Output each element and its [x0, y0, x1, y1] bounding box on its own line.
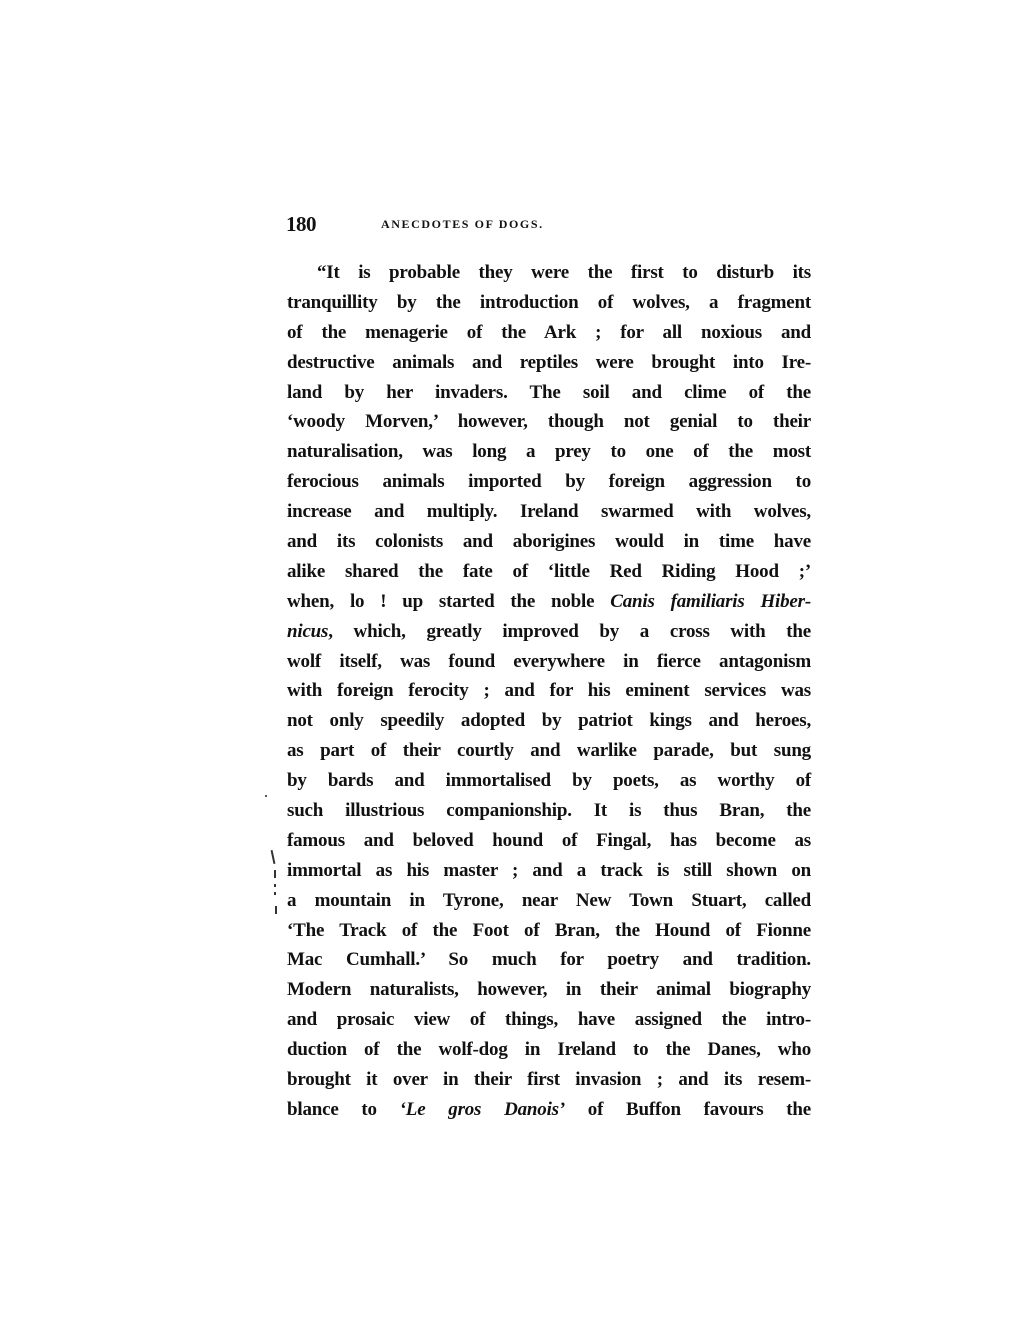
margin-mark: [275, 906, 277, 914]
body-text: “It is probable they were the first to d…: [287, 258, 811, 1125]
italic-species-name: Canis familiaris Hiber-: [610, 591, 811, 612]
italic-title: ‘Le gros Danois’: [400, 1099, 565, 1120]
margin-mark: [274, 870, 276, 878]
text-line: blance to ‘Le gros Danois’ of Buffon fav…: [287, 1095, 811, 1125]
text-line: tranquillity by the introduction of wolv…: [287, 288, 811, 318]
text-segment: of Buffon favours the: [565, 1099, 811, 1120]
text-line: “It is probable they were the first to d…: [287, 258, 811, 288]
text-line: wolf itself, was found everywhere in fie…: [287, 647, 811, 677]
text-line: nicus, which, greatly improved by a cros…: [287, 617, 811, 647]
page-number: 180: [286, 212, 316, 237]
margin-mark: [271, 850, 276, 864]
text-line: destructive animals and reptiles were br…: [287, 348, 811, 378]
text-line: land by her invaders. The soil and clime…: [287, 378, 811, 408]
margin-mark: [274, 892, 276, 895]
text-line: when, lo ! up started the noble Canis fa…: [287, 587, 811, 617]
margin-speck: [265, 795, 267, 797]
text-line: and its colonists and aborigines would i…: [287, 527, 811, 557]
text-line: as part of their courtly and warlike par…: [287, 736, 811, 766]
text-line: famous and beloved hound of Fingal, has …: [287, 826, 811, 856]
text-line: and prosaic view of things, have assigne…: [287, 1005, 811, 1035]
book-page: 180 ANECDOTES OF DOGS. “It is probable t…: [0, 0, 1033, 1339]
margin-mark: [274, 884, 276, 887]
italic-species-name-cont: nicus: [287, 621, 328, 642]
text-line: naturalisation, was long a prey to one o…: [287, 437, 811, 467]
text-segment: when, lo ! up started the noble: [287, 591, 610, 612]
text-line: not only speedily adopted by patriot kin…: [287, 706, 811, 736]
text-line: with foreign ferocity ; and for his emin…: [287, 676, 811, 706]
running-title: ANECDOTES OF DOGS.: [381, 217, 544, 232]
margin-pencil-marks: [270, 850, 278, 920]
text-line: ferocious animals imported by foreign ag…: [287, 467, 811, 497]
text-line: Modern naturalists, however, in their an…: [287, 975, 811, 1005]
text-line: such illustrious companionship. It is th…: [287, 796, 811, 826]
text-line: duction of the wolf-dog in Ireland to th…: [287, 1035, 811, 1065]
text-line: ‘woody Morven,’ however, though not geni…: [287, 407, 811, 437]
text-segment: blance to: [287, 1099, 400, 1120]
text-line: Mac Cumhall.’ So much for poetry and tra…: [287, 945, 811, 975]
text-segment: , which, greatly improved by a cross wit…: [328, 621, 811, 642]
text-line: alike shared the fate of ‘little Red Rid…: [287, 557, 811, 587]
text-line: immortal as his master ; and a track is …: [287, 856, 811, 886]
text-line: of the menagerie of the Ark ; for all no…: [287, 318, 811, 348]
text-line: ‘The Track of the Foot of Bran, the Houn…: [287, 916, 811, 946]
text-line: increase and multiply. Ireland swarmed w…: [287, 497, 811, 527]
text-line: a mountain in Tyrone, near New Town Stua…: [287, 886, 811, 916]
running-head: 180 ANECDOTES OF DOGS.: [286, 212, 810, 242]
text-line: by bards and immortalised by poets, as w…: [287, 766, 811, 796]
text-line: brought it over in their first invasion …: [287, 1065, 811, 1095]
